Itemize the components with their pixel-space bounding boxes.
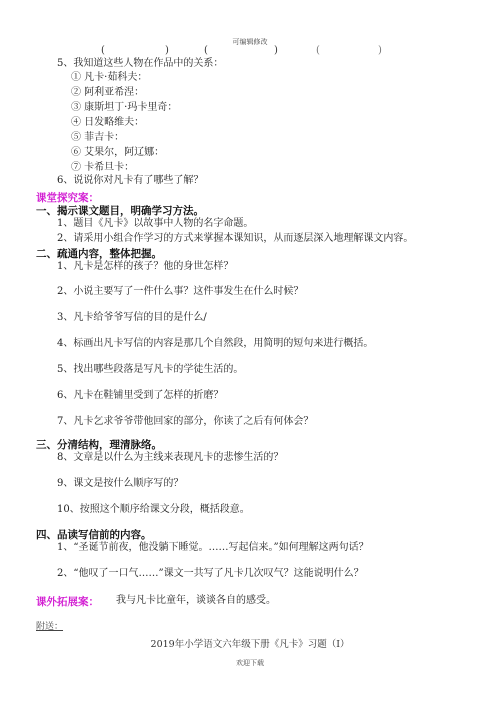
attachment-label: 附送： <box>36 620 63 634</box>
section-1-item: 1、题目《凡卡》以故事中人物的名字命题。 <box>57 217 253 231</box>
appendix-title: 2019年小学语文六年级下册《凡卡》习题（I） <box>0 636 500 650</box>
question-6: 6、说说你对凡卡有了哪些了解？ <box>57 174 203 188</box>
section-2-item: 3、凡卡给爷爷写信的目的是什么/ <box>57 311 207 325</box>
section-2-item: 4、标画出凡卡写信的内容是那几个自然段，用简明的短句来进行概括。 <box>57 337 373 351</box>
blank-paren-close-2: ) <box>274 45 278 56</box>
character-item: ④ 日发略维夫： <box>71 116 144 130</box>
section-3-title: 三、分清结构，理清脉络。 <box>36 437 162 452</box>
section-2-item: 5、找出哪些段落是写凡卡的学徒生活的。 <box>57 363 243 377</box>
section-3-item: 8、文章是以什么为主线来表现凡卡的悲惨生活的？ <box>57 451 283 465</box>
welcome-download: 欢迎下载 <box>0 658 500 668</box>
blank-paren-close-1: ) <box>165 45 169 56</box>
section-1-item: 2、请采用小组合作学习的方式来掌握本课知识，从而逐层深入地理解课文内容。 <box>57 232 413 246</box>
blank-paren-open-1: ( <box>101 45 105 56</box>
section-2-item: 7、凡卡乞求爷爷带他回家的部分，你读了之后有何体会？ <box>57 415 313 429</box>
extension-label: 课外拓展案： <box>36 594 99 609</box>
section-2-item: 6、凡卡在鞋铺里受到了怎样的折磨？ <box>57 389 223 403</box>
character-item: ⑦ 卡希旦卡： <box>71 161 134 175</box>
section-4-item: 2、“他叹了一口气……”课文一共写了凡卡几次叹气？这能说明什么？ <box>57 567 364 581</box>
section-2-item: 1、凡卡是怎样的孩子？他的身世怎样？ <box>57 260 233 274</box>
section-2-title: 二、疏通内容，整体把握。 <box>36 246 162 261</box>
section-4-item: 1、“圣诞节前夜，他没躺下睡觉。……写起信来。”如何理解这两句话？ <box>57 541 369 555</box>
question-5-title: 5、我知道这些人物在作品中的关系： <box>57 57 223 71</box>
character-item: ③ 康斯坦丁·玛卡里奇： <box>71 101 177 115</box>
section-1-title: 一、揭示课文题目，明确学习方法。 <box>36 203 204 218</box>
character-item: ① 凡卡·茹科夫： <box>71 71 147 85</box>
character-item: ⑥ 艾果尔，阿辽娜： <box>71 146 164 160</box>
blank-paren-open-2: ( <box>204 45 208 56</box>
blank-paren-open-3: ( <box>316 45 320 56</box>
section-3-item: 10、按照这个顺序给课文分段，概括段意。 <box>57 503 250 517</box>
character-item: ② 阿利亚希涅： <box>71 86 144 100</box>
extension-text: 我与凡卡比童年，谈谈各自的感受。 <box>116 594 276 608</box>
blank-paren-close-3: ) <box>378 45 382 56</box>
section-2-item: 2、小说主要写了一件什么事？这件事发生在什么时候？ <box>57 285 303 299</box>
header-note: 可编辑修改 <box>0 37 500 47</box>
section-3-item: 9、课文是按什么顺序写的？ <box>57 477 183 491</box>
character-item: ⑤ 菲吉卡： <box>71 131 124 145</box>
section-4-title: 四、品读写信前的内容。 <box>36 527 152 542</box>
